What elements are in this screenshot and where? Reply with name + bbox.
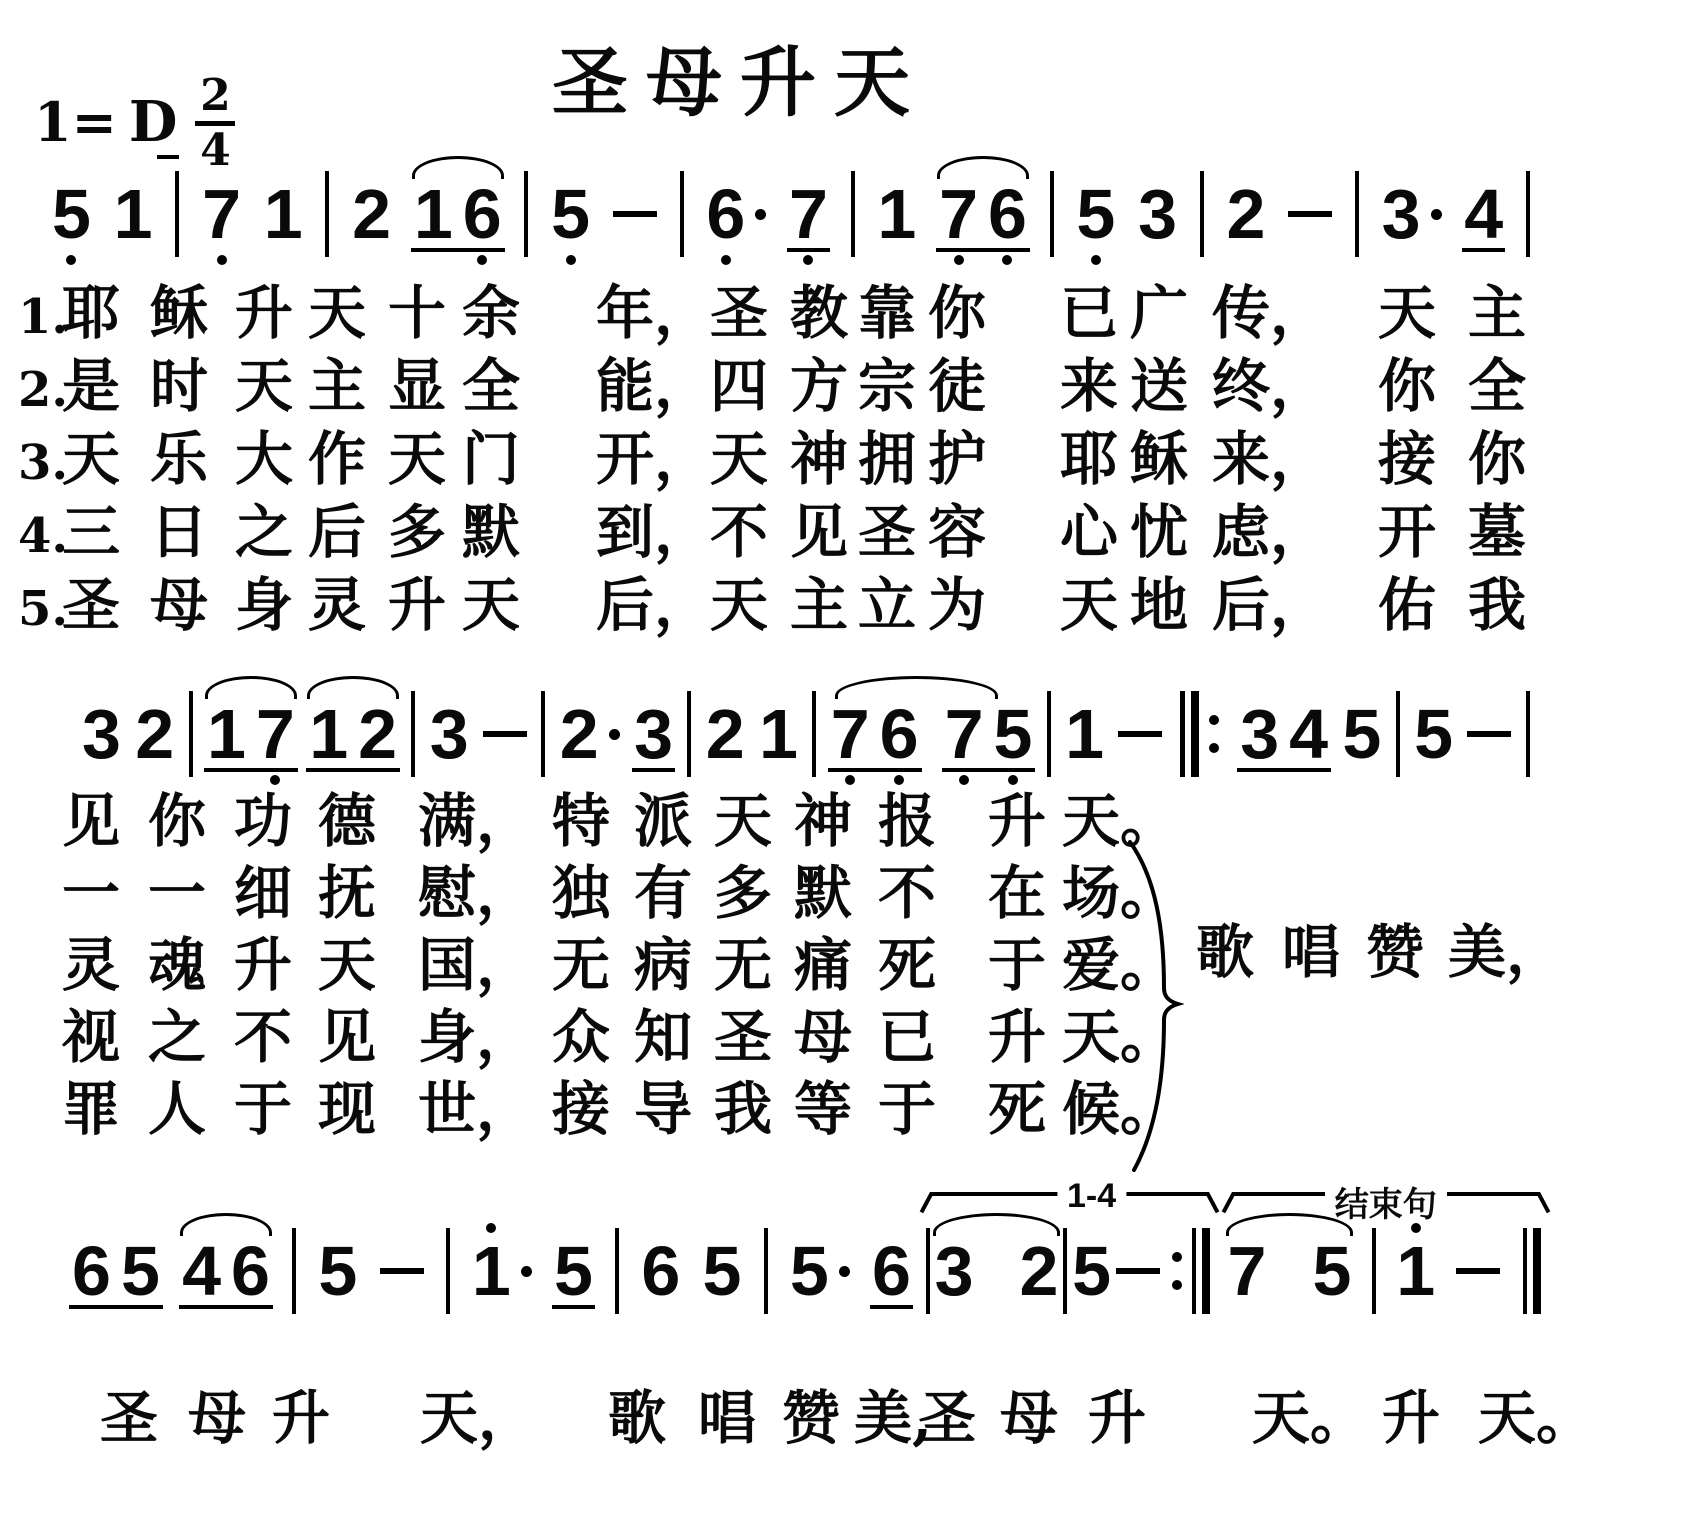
note-core: 1: [1396, 1239, 1435, 1303]
note-core: 5: [554, 1239, 593, 1303]
note-6: 6: [706, 182, 766, 246]
lyric-syllable: 天: [1060, 575, 1118, 635]
note-group: 65: [72, 1239, 160, 1303]
lyric-syllable: 病: [634, 935, 692, 995]
lyric-syllable: 不: [710, 502, 768, 562]
lyric-syllable: 魂: [148, 935, 206, 995]
note-3: 3: [1240, 702, 1279, 766]
lyric-syllable: 后: [308, 502, 366, 562]
note-core: 3: [1138, 182, 1177, 246]
note-1: 1: [472, 1239, 532, 1303]
lyric-syllable: 余: [462, 283, 520, 343]
bar-thick: [1202, 1228, 1210, 1314]
lyric-syllable: 歌: [608, 1388, 666, 1448]
lyric-syllable: 升: [272, 1388, 330, 1448]
repeat-end-sign: [1165, 1228, 1213, 1314]
eighth-underline: [552, 1305, 595, 1309]
lyric-syllable: 慰，: [418, 863, 534, 923]
beam-underline: [411, 248, 505, 252]
lyric-syllable: 心: [1060, 502, 1118, 562]
note-core: 5: [1342, 702, 1381, 766]
lyric-syllable: 来: [1060, 356, 1118, 416]
barline: [1200, 171, 1204, 257]
beam-underline: [179, 1305, 273, 1309]
lyric-syllable: 拥: [858, 429, 916, 489]
lyric-syllable: 已: [878, 1007, 936, 1067]
note-core: 5: [994, 702, 1033, 766]
note-core: 2: [560, 702, 599, 766]
note-digit: 5: [1072, 1239, 1111, 1303]
repeat-start-sign: [1177, 691, 1226, 777]
lyric-syllable: 大: [235, 429, 293, 489]
note-7: 7: [789, 182, 828, 246]
lyric-syllable: 于: [234, 1079, 292, 1139]
lyric-syllable: 圣: [858, 502, 916, 562]
lyric-syllable: 母: [794, 1007, 852, 1067]
note-digit: 5: [554, 1239, 593, 1303]
repeat-dot: [1172, 1280, 1182, 1290]
barline: [189, 691, 193, 777]
lyric-syllable: 你: [1468, 429, 1526, 489]
lyric-syllable: 一: [148, 863, 206, 923]
note-core: 6: [872, 1239, 911, 1303]
note-group: 75: [945, 702, 1033, 766]
note-group: 76: [831, 702, 919, 766]
lyric-syllable: 虑，: [1212, 502, 1328, 562]
note-digit: 2: [1020, 1239, 1059, 1303]
lyric-syllable: 四: [710, 356, 768, 416]
barline: [1050, 171, 1054, 257]
lyric-syllable: 传，: [1212, 283, 1328, 343]
beam-underline: [942, 768, 1036, 772]
augmentation-dot: [521, 1266, 532, 1277]
lyric-syllable: 天: [710, 575, 768, 635]
barline: [411, 691, 415, 777]
lyric-syllable: 抚: [318, 863, 376, 923]
note-digit: 6: [872, 1239, 911, 1303]
lyric-syllable: 独: [552, 863, 610, 923]
barline: [524, 171, 528, 257]
note-digit: 4: [1464, 182, 1503, 246]
lyric-syllable: 佑: [1378, 575, 1436, 635]
note-digit: 5: [121, 1239, 160, 1303]
note-digit: 7: [939, 182, 978, 246]
note-7: 7: [831, 702, 870, 766]
music-line-3: 65465156556 1-4 325 结束句 751: [72, 1168, 1544, 1328]
half-note-dash: [1467, 731, 1511, 737]
note-digit: 5: [994, 702, 1033, 766]
line3-main-section: 65465156556: [72, 1168, 911, 1328]
note-2: 2: [1020, 1239, 1059, 1303]
lyric-syllable: 死: [878, 935, 936, 995]
barline: [1047, 691, 1051, 777]
note-digit: 5: [790, 1239, 829, 1303]
barline: [292, 1228, 296, 1314]
lyric-syllable: 等: [794, 1079, 852, 1139]
half-note-dash: [613, 211, 657, 217]
lyric-syllable: 母: [150, 575, 208, 635]
lyric-syllable: 天，: [420, 1388, 536, 1448]
note-core: 5: [52, 182, 91, 246]
note-group: 75: [1228, 1239, 1352, 1303]
lyric-syllable: 母: [188, 1388, 246, 1448]
note-1: 1: [207, 702, 246, 766]
sheet-music-page: 圣母升天 1= D 2 4 517121656717653234 1.耶稣升天十…: [0, 0, 1688, 1516]
lyric-syllable: 我: [714, 1079, 772, 1139]
note-5: 5: [1076, 182, 1115, 246]
low-octave-dot: [894, 775, 904, 785]
eighth-underline: [870, 1305, 913, 1309]
note-core: 1: [877, 182, 916, 246]
lyric-syllable: 圣: [100, 1388, 158, 1448]
lyric-syllable: 特: [552, 791, 610, 851]
note-5: 5: [703, 1239, 742, 1303]
refrain-brace: [1120, 838, 1184, 1174]
note-5: 5: [551, 182, 590, 246]
lyric-syllable: 灵: [62, 935, 120, 995]
lyric-syllable: 身，: [418, 1007, 534, 1067]
barline: [851, 171, 855, 257]
verse-number: 1.: [18, 289, 68, 345]
lyric-syllable: 世，: [418, 1079, 534, 1139]
high-octave-dot: [1411, 1223, 1421, 1233]
augmentation-dot: [1431, 209, 1442, 220]
note-digit: 1: [264, 182, 303, 246]
note-core: 5: [551, 182, 590, 246]
verse-number: 2.: [18, 362, 68, 418]
lyric-syllable: 细: [234, 863, 292, 923]
low-octave-dot: [66, 255, 76, 265]
half-note-dash: [1288, 211, 1332, 217]
note-digit: 5: [1414, 702, 1453, 766]
note-digit: 6: [988, 182, 1027, 246]
barline: [812, 691, 816, 777]
note-digit: 5: [1342, 702, 1381, 766]
lyric-syllable: 天。: [1252, 1388, 1368, 1448]
note-digit: 7: [831, 702, 870, 766]
note-1: 1: [759, 702, 798, 766]
lyric-syllable: 国，: [418, 935, 534, 995]
note-1: 1: [1396, 1239, 1435, 1303]
verse-number: 3.: [18, 435, 68, 491]
music-line-2: 32171232321767513455: [82, 678, 1530, 790]
note-digit: 5: [1312, 1239, 1351, 1303]
note-core: 1: [759, 702, 798, 766]
beam-underline: [936, 248, 1030, 252]
note-1: 1: [114, 182, 153, 246]
volta-label: 1-4: [1057, 1177, 1126, 1216]
lyric-syllable: 见: [62, 791, 120, 851]
lyric-syllable: 主: [308, 356, 366, 416]
note-core: 6: [231, 1239, 270, 1303]
note-digit: 1: [472, 1239, 511, 1303]
note-4: 4: [1289, 702, 1328, 766]
repeat-dots: [1209, 715, 1219, 753]
low-octave-dot: [803, 255, 813, 265]
beamed-group-pair: 7675: [831, 702, 1033, 766]
lyric-syllable: 升: [1088, 1388, 1146, 1448]
lyric-syllable: 已: [1060, 283, 1118, 343]
lyric-syllable: 全: [1468, 356, 1526, 416]
lyric-syllable: 你: [928, 283, 986, 343]
eighth-underline: [787, 248, 830, 252]
note-digit: 5: [703, 1239, 742, 1303]
lyric-syllable: 升: [235, 283, 293, 343]
lyric-syllable: 终，: [1212, 356, 1328, 416]
lyric-syllable: 天: [62, 429, 120, 489]
note-core: 6: [463, 182, 502, 246]
lyric-syllable: 美，: [1448, 922, 1564, 982]
lyric-syllable: 容: [928, 502, 986, 562]
bar-thin: [1523, 1228, 1527, 1314]
lyric-syllable: 无: [714, 935, 772, 995]
lyric-syllable: 痛: [794, 935, 852, 995]
note-core: 4: [1289, 702, 1328, 766]
note-core: 5: [703, 1239, 742, 1303]
note-core: 7: [831, 702, 870, 766]
low-octave-dot: [1008, 775, 1018, 785]
note-5: 5: [1072, 1239, 1111, 1303]
lyric-syllable: 一: [62, 863, 120, 923]
lyric-syllable: 赞: [782, 1388, 840, 1448]
note-core: 6: [880, 702, 919, 766]
barline: [1396, 691, 1400, 777]
lyric-syllable: 天: [235, 356, 293, 416]
half-note-dash: [1118, 731, 1162, 737]
note-digit: 5: [1076, 182, 1115, 246]
note-core: 1: [309, 702, 348, 766]
lyric-syllable: 之: [148, 1007, 206, 1067]
refrain-side-note: 歌唱赞美，: [1196, 922, 1576, 997]
note-digit: 1: [1065, 702, 1104, 766]
lyric-syllable: 神: [790, 429, 848, 489]
lyric-syllable: 死: [988, 1079, 1046, 1139]
note-2: 2: [1226, 182, 1265, 246]
lyric-syllable: 忧: [1130, 502, 1188, 562]
lyric-syllable: 接: [552, 1079, 610, 1139]
lyric-syllable: 人: [148, 1079, 206, 1139]
barline: [325, 171, 329, 257]
note-1: 1: [1065, 702, 1104, 766]
note-core: 4: [1464, 182, 1503, 246]
lyric-syllable: 天: [318, 935, 376, 995]
note-core: 2: [352, 182, 391, 246]
note-group: 34: [1240, 702, 1328, 766]
note-digit: 2: [560, 702, 599, 766]
note-core: 2: [1226, 182, 1265, 246]
note-5: 5: [1312, 1239, 1351, 1303]
lyric-syllable: 派: [634, 791, 692, 851]
barline: [680, 171, 684, 257]
lyric-syllable: 十: [388, 283, 446, 343]
note-digit: 5: [318, 1239, 357, 1303]
low-octave-dot: [721, 255, 731, 265]
lyric-syllable: 天: [714, 791, 772, 851]
note-digit: 3: [430, 702, 469, 766]
note-core: 2: [706, 702, 745, 766]
note-7: 7: [256, 702, 295, 766]
augmentation-dot: [839, 1266, 850, 1277]
beam-underline: [69, 1305, 163, 1309]
note-digit: 2: [135, 702, 174, 766]
barline: [175, 171, 179, 257]
lyric-syllable: 于: [988, 935, 1046, 995]
note-6: 6: [72, 1239, 111, 1303]
lyric-syllable: 视: [62, 1007, 120, 1067]
lyric-syllable: 天: [1378, 283, 1436, 343]
lyric-syllable: 全: [462, 356, 520, 416]
note-digit: 1: [207, 702, 246, 766]
verse-number: 4.: [18, 508, 68, 564]
note-digit: 5: [551, 182, 590, 246]
lyric-syllable: 方: [790, 356, 848, 416]
lyric-syllable: 圣: [710, 283, 768, 343]
note-core: 7: [939, 182, 978, 246]
lyric-syllable: 地: [1130, 575, 1188, 635]
note-digit: 2: [358, 702, 397, 766]
note-group: 12: [309, 702, 397, 766]
note-digit: 3: [1138, 182, 1177, 246]
note-core: 2: [1020, 1239, 1059, 1303]
note-6: 6: [463, 182, 502, 246]
lyric-syllable: 后，: [1212, 575, 1328, 635]
lyric-syllable: 多: [388, 502, 446, 562]
lyric-syllable: 升: [234, 935, 292, 995]
note-digit: 6: [706, 182, 745, 246]
note-core: 7: [1228, 1239, 1267, 1303]
note-3: 3: [935, 1239, 974, 1303]
lyric-syllable: 众: [552, 1007, 610, 1067]
lyric-syllable: 显: [388, 356, 446, 416]
lyric-syllable: 不: [234, 1007, 292, 1067]
note-core: 7: [945, 702, 984, 766]
lyric-syllable: 主: [790, 575, 848, 635]
lyric-syllable: 赞: [1366, 922, 1424, 982]
note-core: 4: [182, 1239, 221, 1303]
beam-underline: [204, 768, 298, 772]
note-2: 2: [352, 182, 391, 246]
note-core: 3: [1382, 182, 1421, 246]
lyric-syllable: 天: [388, 429, 446, 489]
note-1: 1: [877, 182, 916, 246]
verse-number: 5.: [18, 581, 68, 637]
lyric-syllable: 天: [462, 575, 520, 635]
note-3: 3: [1138, 182, 1177, 246]
low-octave-dot: [845, 775, 855, 785]
note-3: 3: [634, 702, 673, 766]
note-core: 2: [358, 702, 397, 766]
verse-lyrics-block: 1.耶稣升天十余年，圣教靠你已广传，天主2.是时天主显全能，四方宗徒来送终，你全…: [0, 283, 1688, 668]
note-5: 5: [994, 702, 1033, 766]
note-5: 5: [318, 1239, 357, 1303]
lyric-syllable: 教: [790, 283, 848, 343]
note-core: 5: [1072, 1239, 1111, 1303]
note-digit: 6: [231, 1239, 270, 1303]
lyric-syllable: 罪: [62, 1079, 120, 1139]
barline: [687, 691, 691, 777]
note-4: 4: [1464, 182, 1503, 246]
lyric-syllable: 见: [318, 1007, 376, 1067]
barline: [446, 1228, 450, 1314]
lyric-syllable: 无: [552, 935, 610, 995]
barline: [926, 1228, 930, 1314]
note-5: 5: [1414, 702, 1453, 766]
note-digit: 3: [634, 702, 673, 766]
note-core: 5: [318, 1239, 357, 1303]
lyric-syllable: 升: [988, 1007, 1046, 1067]
note-5: 5: [121, 1239, 160, 1303]
lyric-syllable: 圣: [62, 575, 120, 635]
lyric-syllable: 你: [148, 791, 206, 851]
repeat-dots: [1172, 1252, 1182, 1290]
ending-label: 结束句: [1325, 1177, 1447, 1226]
note-core: 6: [641, 1239, 680, 1303]
note-7: 7: [202, 182, 241, 246]
lyric-syllable: 宗: [858, 356, 916, 416]
lyric-syllable: 德: [318, 791, 376, 851]
lyric-syllable: 到，: [596, 502, 712, 562]
lyric-syllable: 徒: [928, 356, 986, 416]
note-1: 1: [309, 702, 348, 766]
note-digit: 6: [72, 1239, 111, 1303]
note-3: 3: [82, 702, 121, 766]
note-group: 76: [939, 182, 1027, 246]
note-digit: 1: [114, 182, 153, 246]
lyric-syllable: 歌: [1196, 922, 1254, 982]
meter-numerator: 2: [200, 74, 231, 118]
volta-section: 1-4 325: [926, 1168, 1213, 1328]
lyric-syllable: 后，: [596, 575, 712, 635]
low-octave-dot: [954, 255, 964, 265]
barline: [1063, 1228, 1067, 1314]
note-3: 3: [1382, 182, 1442, 246]
note-7: 7: [939, 182, 978, 246]
note-digit: 7: [789, 182, 828, 246]
barline: [1372, 1228, 1376, 1314]
note-digit: 6: [463, 182, 502, 246]
note-1: 1: [414, 182, 453, 246]
beam-underline: [1237, 768, 1331, 772]
note-6: 6: [880, 702, 919, 766]
lyric-syllable: 默: [794, 863, 852, 923]
lyric-syllable: 见: [790, 502, 848, 562]
lyric-syllable: 耶: [62, 283, 120, 343]
lyric-syllable: 天。: [1478, 1388, 1594, 1448]
low-octave-dot: [1091, 255, 1101, 265]
lyric-syllable: 多: [714, 863, 772, 923]
tick-mark: [157, 155, 179, 159]
note-6: 6: [988, 182, 1027, 246]
augmentation-dot: [609, 729, 620, 740]
note-5: 5: [1342, 702, 1381, 766]
note-digit: 3: [1240, 702, 1279, 766]
note-core: 5: [1414, 702, 1453, 766]
note-1: 1: [264, 182, 303, 246]
lyric-syllable: 稣: [1130, 429, 1188, 489]
lyric-syllable: 耶: [1060, 429, 1118, 489]
note-core: 6: [988, 182, 1027, 246]
lyric-syllable: 天: [710, 429, 768, 489]
half-note-dash: [1116, 1268, 1160, 1274]
lyric-syllable: 圣: [714, 1007, 772, 1067]
note-digit: 6: [641, 1239, 680, 1303]
note-6: 6: [641, 1239, 680, 1303]
repeat-dot: [1209, 715, 1219, 725]
note-6: 6: [872, 1239, 911, 1303]
lyric-syllable: 唱: [1282, 922, 1340, 982]
note-6: 6: [231, 1239, 270, 1303]
note-core: 7: [256, 702, 295, 766]
